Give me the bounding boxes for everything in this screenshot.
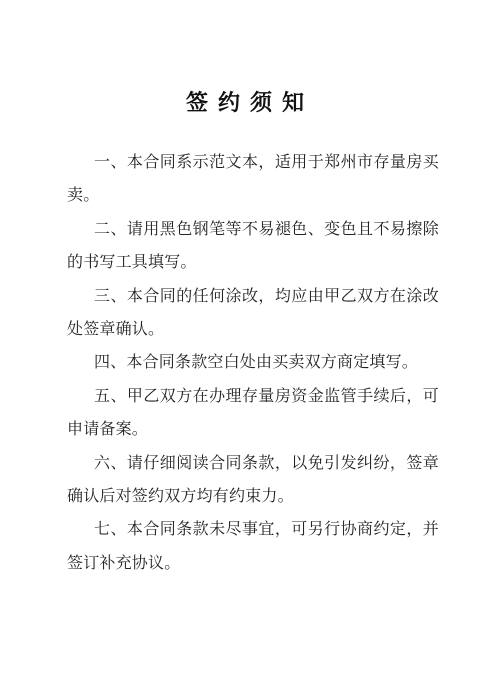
notice-item-3: 三、本合同的任何涂改，均应由甲乙双方在涂改处签章确认。 [67, 279, 439, 346]
notice-item-6: 六、请仔细阅读合同条款，以免引发纠纷，签章确认后对签约双方均有约束力。 [67, 446, 439, 513]
notice-body: 一、本合同系示范文本，适用于郑州市存量房买卖。 二、请用黑色钢笔等不易褪色、变色… [67, 145, 439, 579]
notice-item-7: 七、本合同条款未尽事宜，可另行协商约定，并签订补充协议。 [67, 512, 439, 579]
notice-item-2: 二、请用黑色钢笔等不易褪色、变色且不易擦除的书写工具填写。 [67, 212, 439, 279]
document-page: 签约须知 一、本合同系示范文本，适用于郑州市存量房买卖。 二、请用黑色钢笔等不易… [0, 0, 500, 694]
notice-item-1: 一、本合同系示范文本，适用于郑州市存量房买卖。 [67, 145, 439, 212]
notice-item-4: 四、本合同条款空白处由买卖双方商定填写。 [67, 345, 439, 378]
document-title: 签约须知 [0, 86, 500, 117]
notice-item-5: 五、甲乙双方在办理存量房资金监管手续后，可申请备案。 [67, 379, 439, 446]
